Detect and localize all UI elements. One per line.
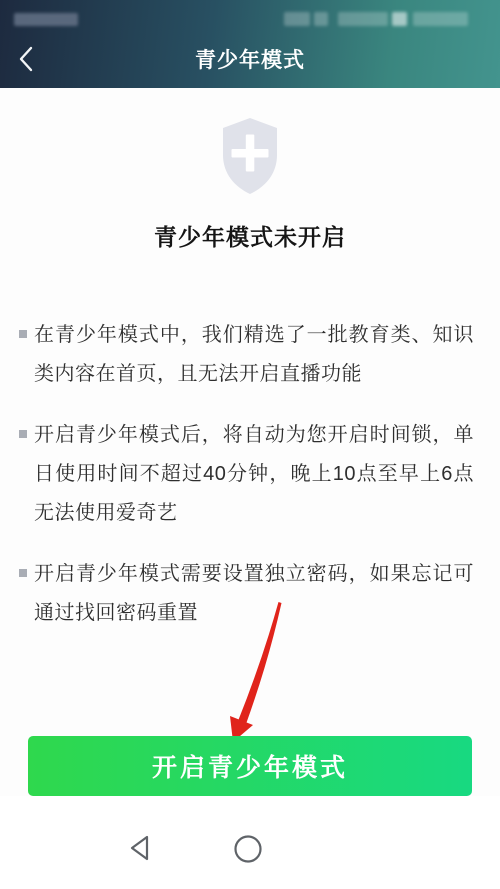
status-redacted-icon <box>338 12 388 26</box>
app-header: 青少年模式 <box>0 0 500 88</box>
hero-title: 青少年模式未开启 <box>0 219 500 252</box>
status-redacted-time <box>14 13 78 26</box>
teen-mode-screen: 青少年模式 青少年模式未开启 在青少年模式中，我们精选了一批教育类、知识类内容在… <box>0 0 500 889</box>
bullet-text: 开启青少年模式需要设置独立密码，如果忘记可通过找回密码重置 <box>34 563 474 624</box>
triangle-back-icon <box>126 851 154 866</box>
main-content: 青少年模式未开启 在青少年模式中，我们精选了一批教育类、知识类内容在首页，且无法… <box>0 88 500 655</box>
square-bullet-icon <box>19 330 27 338</box>
enable-button-label: 开启青少年模式 <box>152 748 348 784</box>
square-bullet-icon <box>19 430 27 438</box>
status-redacted-icon <box>314 12 328 26</box>
square-bullet-icon <box>19 569 27 577</box>
bullet-item: 开启青少年模式需要设置独立密码，如果忘记可通过找回密码重置 <box>34 555 474 633</box>
page-title: 青少年模式 <box>0 30 500 88</box>
status-redacted-icon <box>392 12 407 26</box>
status-redacted-icon <box>413 12 468 26</box>
bullet-text: 开启青少年模式后，将自动为您开启时间锁，单日使用时间不超过40分钟，晚上10点至… <box>34 424 474 524</box>
android-nav-bar <box>0 796 500 889</box>
bullet-text: 在青少年模式中，我们精选了一批教育类、知识类内容在首页，且无法开启直播功能 <box>34 324 474 385</box>
title-bar: 青少年模式 <box>0 30 500 88</box>
nav-back-button[interactable] <box>124 832 156 866</box>
status-bar <box>0 0 500 30</box>
bullet-item: 在青少年模式中，我们精选了一批教育类、知识类内容在首页，且无法开启直播功能 <box>34 316 474 394</box>
feature-bullet-list: 在青少年模式中，我们精选了一批教育类、知识类内容在首页，且无法开启直播功能 开启… <box>0 316 500 633</box>
status-redacted-icon <box>284 12 310 26</box>
nav-home-button[interactable] <box>232 834 264 866</box>
circle-home-icon <box>233 852 263 867</box>
bullet-item: 开启青少年模式后，将自动为您开启时间锁，单日使用时间不超过40分钟，晚上10点至… <box>34 416 474 533</box>
shield-plus-icon <box>0 117 500 195</box>
enable-teen-mode-button[interactable]: 开启青少年模式 <box>28 736 472 796</box>
